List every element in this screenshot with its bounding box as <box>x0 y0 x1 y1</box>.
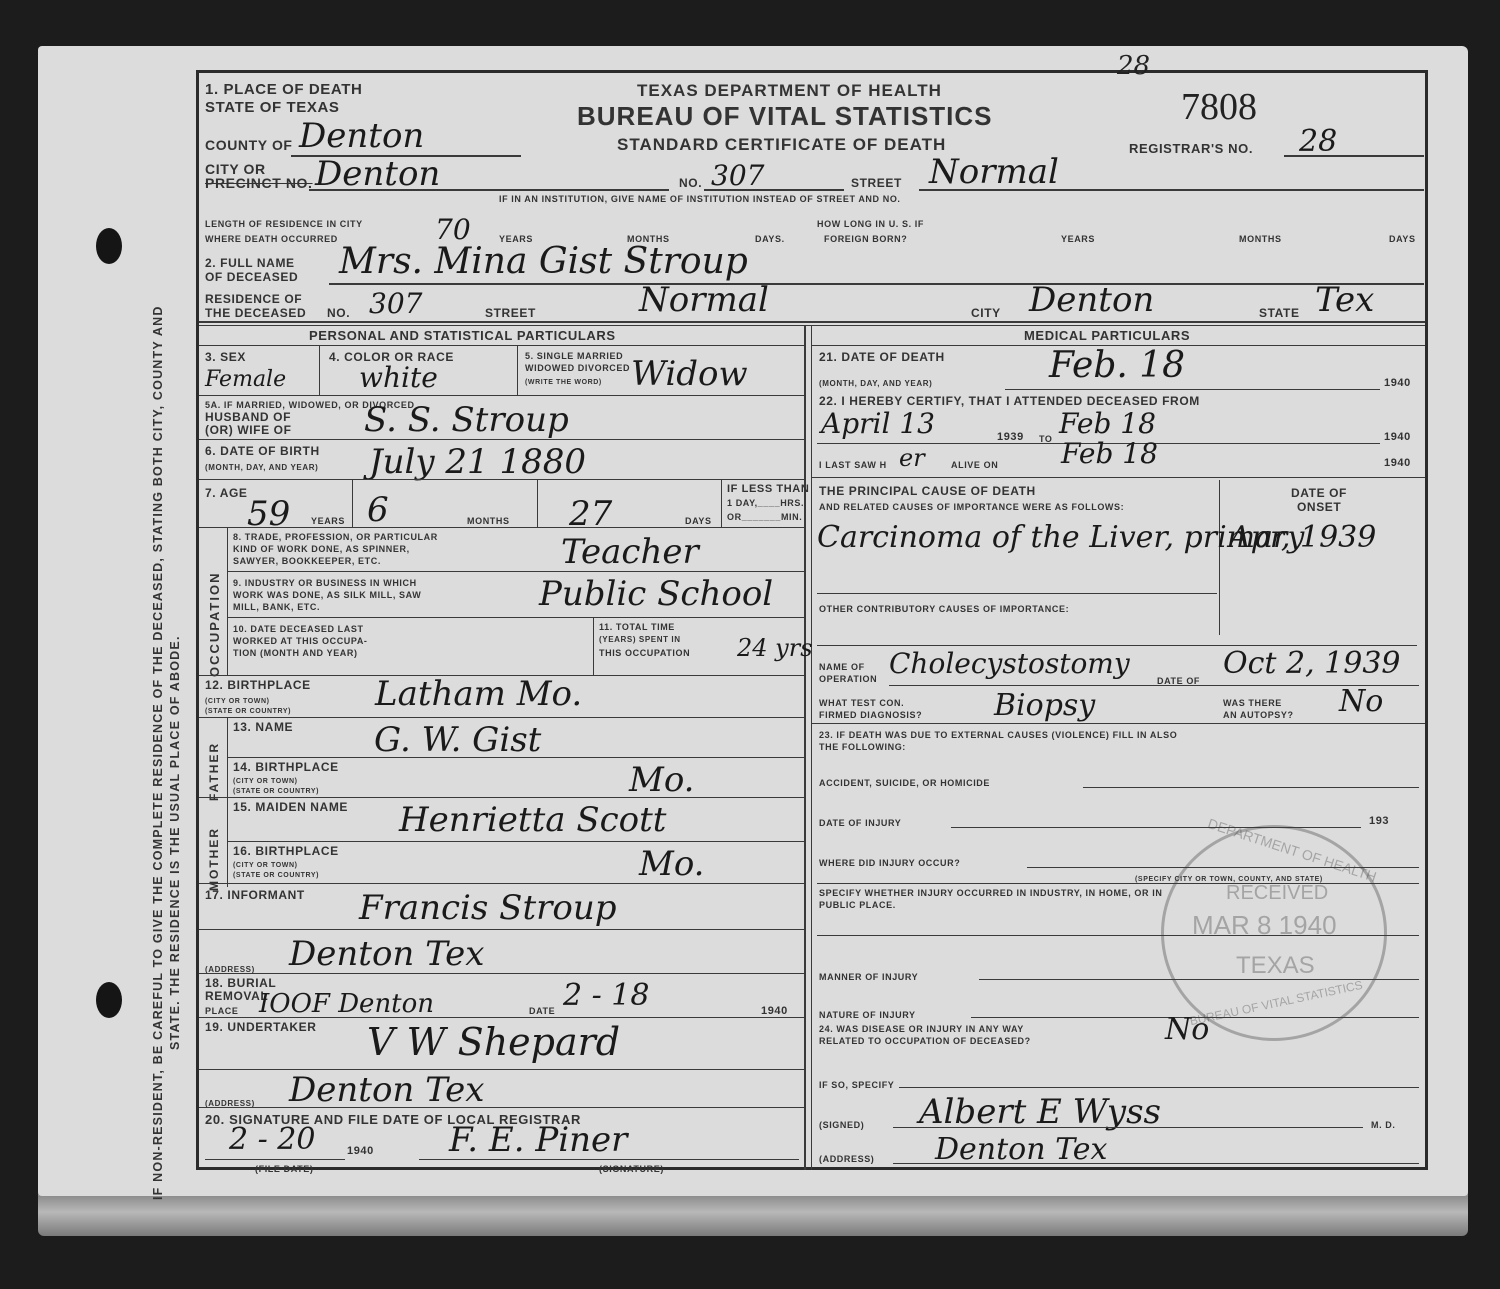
divider <box>1284 155 1424 157</box>
county-value: Denton <box>299 119 424 153</box>
no-value: 307 <box>711 159 764 193</box>
nature-label: NATURE OF INJURY <box>819 1009 916 1022</box>
onset-date: Apr, 1939 <box>1229 521 1376 555</box>
divider <box>537 479 538 527</box>
onset-label-2: ONSET <box>1297 501 1341 514</box>
res-street-label: STREET <box>485 307 536 320</box>
father-name-label: 13. NAME <box>233 721 293 734</box>
attended-from: April 13 <box>821 407 935 441</box>
personal-section-title: PERSONAL AND STATISTICAL PARTICULARS <box>309 329 616 342</box>
divider <box>517 345 518 395</box>
date-of-death-label-2: (MONTH, DAY, AND YEAR) <box>819 377 932 390</box>
divider <box>199 1107 804 1108</box>
sex-value: Female <box>205 363 286 397</box>
full-name-label: 2. FULL NAME <box>205 257 295 270</box>
informant-name: Francis Stroup <box>359 891 617 925</box>
received-stamp: DEPARTMENT OF HEALTH RECEIVED MAR 8 1940… <box>1161 825 1387 1041</box>
medical-section-title: MEDICAL PARTICULARS <box>1024 329 1190 342</box>
less-than-day-label: IF LESS THAN <box>727 483 809 496</box>
divider <box>227 757 804 758</box>
spouse-value: S. S. Stroup <box>364 403 569 437</box>
industry-value: Public School <box>539 577 773 611</box>
signed-label: (SIGNED) <box>819 1119 864 1132</box>
mother-name-label: 15. MAIDEN NAME <box>233 801 348 814</box>
industry-label-3: MILL, BANK, ETC. <box>233 601 320 614</box>
divider <box>199 321 1425 323</box>
paper-edge <box>38 1196 1468 1236</box>
father-name: G. W. Gist <box>374 723 541 757</box>
divider <box>1005 389 1380 390</box>
us-label: HOW LONG IN U. S. IF <box>817 218 924 231</box>
external-causes-label-2: THE FOLLOWING: <box>819 741 906 754</box>
res-no: 307 <box>369 287 422 321</box>
dob-label-2: (MONTH, DAY, AND YEAR) <box>205 461 318 474</box>
divider <box>199 527 804 528</box>
divider <box>593 617 594 675</box>
certificate-number: 7808 <box>1181 85 1257 129</box>
injury-place-label-2: PUBLIC PLACE. <box>819 899 896 912</box>
operation-date: Oct 2, 1939 <box>1223 647 1401 681</box>
county-label: COUNTY OF <box>205 139 293 152</box>
top-handwritten-number: 28 <box>1117 51 1150 81</box>
form-title: STANDARD CERTIFICATE OF DEATH <box>617 135 946 155</box>
divider <box>199 439 804 440</box>
informant-address-label: (ADDRESS) <box>205 963 255 976</box>
divider <box>199 883 804 884</box>
us-years-label: YEARS <box>1061 233 1095 246</box>
age-days: 27 <box>569 497 612 531</box>
residence-length-label: LENGTH OF RESIDENCE IN CITY <box>205 218 363 231</box>
undertaker-address: Denton Tex <box>289 1073 484 1107</box>
attended-to-year: 1940 <box>1384 431 1411 444</box>
divider <box>199 973 804 974</box>
divider <box>1083 787 1419 788</box>
birthplace-value: Latham Mo. <box>375 677 582 711</box>
file-date: 2 - 20 <box>229 1123 315 1157</box>
attended-to: Feb 18 <box>1059 407 1156 441</box>
divider <box>899 1087 1419 1088</box>
divider <box>199 395 804 396</box>
mother-birthplace-label-3: (STATE OR COUNTRY) <box>233 869 319 882</box>
undertaker-address-label: (ADDRESS) <box>205 1097 255 1110</box>
file-year: 1940 <box>347 1145 374 1158</box>
father-birthplace-label: 14. BIRTHPLACE <box>233 761 339 774</box>
last-worked-label-3: TION (MONTH AND YEAR) <box>233 647 358 660</box>
if-so-label: IF SO, SPECIFY <box>819 1079 894 1092</box>
injury-year-prefix: 193 <box>1369 815 1389 828</box>
divider <box>199 797 804 798</box>
informant-address: Denton Tex <box>289 937 484 971</box>
divider <box>227 717 228 807</box>
no-label: NO. <box>679 177 702 190</box>
mother-side-label: MOTHER <box>207 827 221 891</box>
stamp-bottom-text: BUREAU OF VITAL STATISTICS <box>1188 978 1363 1028</box>
alive-on-label: ALIVE ON <box>951 459 998 472</box>
divider <box>199 345 804 346</box>
trade-value: Teacher <box>561 535 699 569</box>
occupation-side-label: OCCUPATION <box>207 572 222 677</box>
marital-label-2: WIDOWED DIVORCED <box>525 362 630 375</box>
onset-column-divider <box>1219 480 1220 635</box>
res-street: Normal <box>639 283 769 317</box>
registrar-no: 28 <box>1299 125 1337 159</box>
divider <box>811 723 1425 724</box>
residence-length-label-2: WHERE DEATH OCCURRED <box>205 233 338 246</box>
divider <box>893 1163 1419 1164</box>
cause-label: THE PRINCIPAL CAUSE OF DEATH <box>819 485 1036 498</box>
divider <box>319 345 320 395</box>
column-divider <box>811 325 812 1170</box>
date-of-death: Feb. 18 <box>1049 349 1185 383</box>
trade-label-3: SAWYER, BOOKKEEPER, ETC. <box>233 555 381 568</box>
spouse-label-3: (OR) WIFE OF <box>205 424 292 437</box>
to-label: TO <box>1039 433 1053 446</box>
divider <box>227 527 228 675</box>
punch-hole-top <box>96 228 122 264</box>
res-no-label: NO. <box>327 307 350 320</box>
full-name-label-2: OF DECEASED <box>205 271 298 284</box>
divider <box>227 841 804 842</box>
deceased-name: Mrs. Mina Gist Stroup <box>339 245 748 279</box>
birthplace-label: 12. BIRTHPLACE <box>205 679 311 692</box>
divider <box>227 571 804 572</box>
us-days-label: DAYS <box>1389 233 1416 246</box>
street-value: Normal <box>929 155 1059 189</box>
marital-value: Widow <box>631 357 748 391</box>
undertaker-label: 19. UNDERTAKER <box>205 1021 317 1034</box>
test-value: Biopsy <box>994 689 1095 723</box>
punch-hole-bottom <box>96 982 122 1018</box>
divider <box>199 929 804 930</box>
injury-where-label: WHERE DID INJURY OCCUR? <box>819 857 960 870</box>
date-of-death-year: 1940 <box>1384 377 1411 390</box>
res-state-label: STATE <box>1259 307 1300 320</box>
burial-date: 2 - 18 <box>563 979 649 1013</box>
side-note: IF NON-RESIDENT, BE CAREFUL TO GIVE THE … <box>150 305 184 1200</box>
contributory-label: OTHER CONTRIBUTORY CAUSES OF IMPORTANCE: <box>819 603 1069 616</box>
last-saw-date: Feb 18 <box>1061 437 1158 471</box>
divider <box>199 479 804 480</box>
onset-label: DATE OF <box>1291 487 1347 500</box>
father-birthplace: Mo. <box>629 763 695 797</box>
file-date-label: (FILE DATE) <box>255 1163 313 1176</box>
state-label: STATE OF TEXAS <box>205 101 340 114</box>
age-years: 59 <box>247 497 290 531</box>
race-value: white <box>359 361 438 395</box>
divider <box>817 593 1217 594</box>
divider <box>309 189 669 191</box>
undertaker-name: V W Shepard <box>367 1025 620 1059</box>
days-label: DAYS. <box>755 233 785 246</box>
father-side-label: FATHER <box>207 742 221 801</box>
res-state: Tex <box>1315 283 1374 317</box>
total-time-label-3: THIS OCCUPATION <box>599 647 690 660</box>
cause-label-2: AND RELATED CAUSES OF IMPORTANCE WERE AS… <box>819 501 1124 514</box>
registrar-signature: F. E. Piner <box>449 1123 627 1157</box>
operation-label-2: OPERATION <box>819 673 877 686</box>
burial-place: IOOF Denton <box>259 987 434 1021</box>
min-label: OR_______MIN. <box>727 511 802 524</box>
total-time-value: 24 yrs <box>737 631 813 665</box>
age-months: 6 <box>367 493 389 527</box>
department-title: TEXAS DEPARTMENT OF HEALTH <box>637 81 942 101</box>
accident-label: ACCIDENT, SUICIDE, OR HOMICIDE <box>819 777 990 790</box>
injury-date-label: DATE OF INJURY <box>819 817 901 830</box>
last-saw-pronoun: er <box>899 441 925 475</box>
street-label: STREET <box>851 177 902 190</box>
divider <box>205 1159 345 1160</box>
occupation-related-label-2: RELATED TO OCCUPATION OF DECEASED? <box>819 1035 1031 1048</box>
res-city-label: CITY <box>971 307 1001 320</box>
institution-note: IF IN AN INSTITUTION, GIVE NAME OF INSTI… <box>499 193 901 206</box>
dob-value: July 21 1880 <box>369 445 586 479</box>
age-label: 7. AGE <box>205 487 248 500</box>
divider <box>811 477 1425 478</box>
city-value: Denton <box>315 157 440 191</box>
divider <box>227 617 804 618</box>
operation-name: Cholecystostomy <box>889 647 1130 681</box>
operation-date-label: DATE OF <box>1157 675 1200 688</box>
death-certificate-form: 28 TEXAS DEPARTMENT OF HEALTH BUREAU OF … <box>196 70 1428 1170</box>
bureau-title: BUREAU OF VITAL STATISTICS <box>577 101 993 132</box>
test-label-2: FIRMED DIAGNOSIS? <box>819 709 922 722</box>
manner-label: MANNER OF INJURY <box>819 971 918 984</box>
divider <box>199 325 1425 326</box>
column-divider <box>804 325 806 1170</box>
dob-label: 6. DATE OF BIRTH <box>205 445 320 458</box>
res-city: Denton <box>1029 283 1154 317</box>
mother-name: Henrietta Scott <box>399 803 666 837</box>
divider <box>704 189 844 191</box>
stamp-date: MAR 8 1940 <box>1192 910 1337 941</box>
registrar-no-label: REGISTRAR'S NO. <box>1129 142 1253 155</box>
place-of-death-label: 1. PLACE OF DEATH <box>205 83 362 96</box>
mother-birthplace-label: 16. BIRTHPLACE <box>233 845 339 858</box>
marital-label-3: (WRITE THE WORD) <box>525 376 602 389</box>
stamp-received: RECEIVED <box>1226 882 1328 905</box>
stamp-state: TEXAS <box>1236 952 1315 980</box>
divider <box>199 717 804 718</box>
divider <box>329 283 1424 285</box>
informant-label: 17. INFORMANT <box>205 889 305 902</box>
physician-signature: Albert E Wyss <box>919 1095 1161 1129</box>
divider <box>893 1127 1363 1128</box>
divider <box>721 479 722 527</box>
stamp-top-text: DEPARTMENT OF HEALTH <box>1206 815 1379 885</box>
physician-address-label: (ADDRESS) <box>819 1153 874 1166</box>
mother-birthplace: Mo. <box>639 847 705 881</box>
md-label: M. D. <box>1371 1119 1396 1132</box>
divider <box>352 479 353 527</box>
divider <box>419 1159 799 1160</box>
divider <box>919 189 1424 191</box>
divider <box>227 797 228 887</box>
residence-label: RESIDENCE OF <box>205 293 302 306</box>
signature-label: (SIGNATURE) <box>599 1163 664 1176</box>
us-months-label: MONTHS <box>1239 233 1282 246</box>
physician-address: Denton Tex <box>935 1133 1107 1167</box>
hrs-label: 1 DAY,____HRS. <box>727 497 804 510</box>
autopsy-label-2: AN AUTOPSY? <box>1223 709 1294 722</box>
total-time-label-2: (YEARS) SPENT IN <box>599 633 681 646</box>
autopsy-value: No <box>1339 685 1383 719</box>
last-saw-label: I LAST SAW H <box>819 459 887 472</box>
divider <box>199 1017 804 1018</box>
residence-label-2: THE DECEASED <box>205 307 306 320</box>
date-of-death-label: 21. DATE OF DEATH <box>819 351 945 364</box>
us-label-2: FOREIGN BORN? <box>824 233 907 246</box>
precinct-label: PRECINCT NO. <box>205 177 313 190</box>
last-saw-year: 1940 <box>1384 457 1411 470</box>
